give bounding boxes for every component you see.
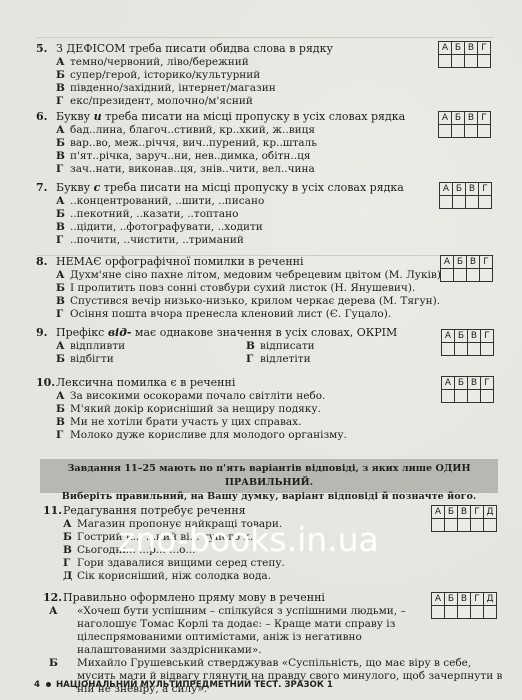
answer-grid-12: АБВГД xyxy=(431,592,497,619)
answer-cell[interactable] xyxy=(442,390,455,403)
answer-cell[interactable] xyxy=(481,390,494,403)
answer-cell[interactable] xyxy=(484,606,497,619)
page-footer: 4НАЦІОНАЛЬНИЙ МУЛЬТИПРЕДМЕТНИЙ ТЕСТ. ЗРА… xyxy=(34,680,333,690)
option-c: ВСпустився вечір низько-низько, крилом ч… xyxy=(56,295,432,308)
answer-cell[interactable] xyxy=(432,606,445,619)
option-a: АЗа високими осокорами почало світліти н… xyxy=(56,390,432,403)
option-a: Атемно/червоний, ліво/бережний xyxy=(56,56,432,69)
option-b: Бвідбігти xyxy=(56,353,246,366)
banner-line-2: Виберіть правильний, на Вашу думку, варі… xyxy=(40,490,498,504)
option-d: ГОсіння пошта вчора пренесла кленовий ли… xyxy=(56,308,432,321)
banner-line-1: Завдання 11–25 мають по п'ять варіантів … xyxy=(40,462,498,490)
option-a: А..концентрований, ..шити, ..писано xyxy=(56,195,432,208)
answer-cell[interactable] xyxy=(480,269,493,282)
option-a: Авідпливти xyxy=(56,340,246,353)
question-8: 8.НЕМАЄ орфографічної помилки в реченні … xyxy=(36,255,432,321)
option-b: Бсупер/герой, історико/культурний xyxy=(56,69,432,82)
answer-cell[interactable] xyxy=(442,343,455,356)
answer-cell[interactable] xyxy=(465,125,478,138)
answer-grid-11: АБВГД xyxy=(431,505,497,532)
answer-cell[interactable] xyxy=(468,343,481,356)
answer-cell[interactable] xyxy=(484,519,497,532)
answer-cell[interactable] xyxy=(453,196,466,209)
footer-title: НАЦІОНАЛЬНИЙ МУЛЬТИПРЕДМЕТНИЙ ТЕСТ. ЗРАЗ… xyxy=(56,680,333,690)
answer-cell[interactable] xyxy=(479,196,492,209)
question-7: 7.Букву с треба писати на місці пропуску… xyxy=(36,181,432,247)
answer-grid-10: АБВГ xyxy=(441,376,494,403)
watermark: zno-books.in.ua xyxy=(118,520,379,559)
answer-cell[interactable] xyxy=(445,519,458,532)
answer-cell[interactable] xyxy=(471,606,484,619)
bullet-icon xyxy=(46,682,51,687)
option-b: БМ'який докір корисніший за нещиру подяк… xyxy=(56,403,432,416)
option-a: Абад..лина, благоч..стивий, кр..хкий, ж.… xyxy=(56,124,432,137)
answer-cell[interactable] xyxy=(466,196,479,209)
answer-cell[interactable] xyxy=(465,55,478,68)
answer-cell[interactable] xyxy=(452,125,465,138)
answer-cell[interactable] xyxy=(440,196,453,209)
answer-cell[interactable] xyxy=(441,269,454,282)
answer-cell[interactable] xyxy=(471,519,484,532)
option-d: Г..почити, ..чистити, ..триманий xyxy=(56,234,432,247)
option-c: Вп'ят..річка, заруч..ни, нев..димка, обі… xyxy=(56,150,432,163)
divider xyxy=(36,37,494,38)
option-b: БІ пролитить повз сонні стовбури сухий л… xyxy=(56,282,432,295)
answer-cell[interactable] xyxy=(478,55,491,68)
test-page: 5.З ДЕФІСОМ треба писати обидва слова в … xyxy=(0,0,522,700)
answer-cell[interactable] xyxy=(452,55,465,68)
option-c: ВМи не хотіли брати участь у цих справах… xyxy=(56,416,432,429)
option-b: Б..пекотний, ..казати, ..топтано xyxy=(56,208,432,221)
option-d: ГМолоко дуже корисливе для молодого орга… xyxy=(56,429,432,442)
answer-cell[interactable] xyxy=(439,55,452,68)
answer-cell[interactable] xyxy=(468,390,481,403)
question-9: 9.Префікс від- має однакове значення в у… xyxy=(36,326,432,366)
question-number: 5. xyxy=(36,42,56,56)
answer-cell[interactable] xyxy=(481,343,494,356)
answer-grid-5: АБВГ xyxy=(438,41,491,68)
instructions-banner: Завдання 11–25 мають по п'ять варіантів … xyxy=(40,459,498,493)
answer-cell[interactable] xyxy=(458,606,471,619)
option-d: Гвідлетіти xyxy=(246,353,436,366)
question-title: З ДЕФІСОМ треба писати обидва слова в ря… xyxy=(56,42,333,55)
answer-cell[interactable] xyxy=(455,390,468,403)
option-c: Ввідписати xyxy=(246,340,436,353)
option-a: АДухм'яне сіно пахне літом, медовим чебр… xyxy=(56,269,432,282)
answer-grid-8: АБВГ xyxy=(440,255,493,282)
option-b: БМихайло Грушевський стверджував «Суспіл… xyxy=(63,657,511,696)
answer-cell[interactable] xyxy=(478,125,491,138)
answer-cell[interactable] xyxy=(439,125,452,138)
option-a: А«Хочеш бути успішним – спілкуйся з успі… xyxy=(63,605,437,657)
answer-cell[interactable] xyxy=(467,269,480,282)
option-d: Гекс/президент, молочно/м'ясний xyxy=(56,95,432,108)
option-e: ДСік корисніший, ніж солодка вода. xyxy=(63,570,439,583)
answer-grid-7: АБВГ xyxy=(439,182,492,209)
answer-cell[interactable] xyxy=(455,343,468,356)
answer-cell[interactable] xyxy=(445,606,458,619)
page-number: 4 xyxy=(34,680,40,690)
answer-cell[interactable] xyxy=(454,269,467,282)
option-c: В..цідити, ..фотографувати, ..ходити xyxy=(56,221,432,234)
answer-cell[interactable] xyxy=(432,519,445,532)
question-5: 5.З ДЕФІСОМ треба писати обидва слова в … xyxy=(36,42,432,108)
option-c: Впівденно/західний, інтернет/магазин xyxy=(56,82,432,95)
answer-grid-9: АБВГ xyxy=(441,329,494,356)
answer-cell[interactable] xyxy=(458,519,471,532)
question-6: 6.Букву и треба писати на місці пропуску… xyxy=(36,110,432,176)
option-d: Гзач..нати, виконав..ця, знів..чити, вел… xyxy=(56,163,432,176)
answer-grid-6: АБВГ xyxy=(438,111,491,138)
option-b: Бвар..во, меж..річчя, вич..пурений, кр..… xyxy=(56,137,432,150)
question-10: 10.Лексична помилка є в реченні АЗа висо… xyxy=(36,376,432,442)
